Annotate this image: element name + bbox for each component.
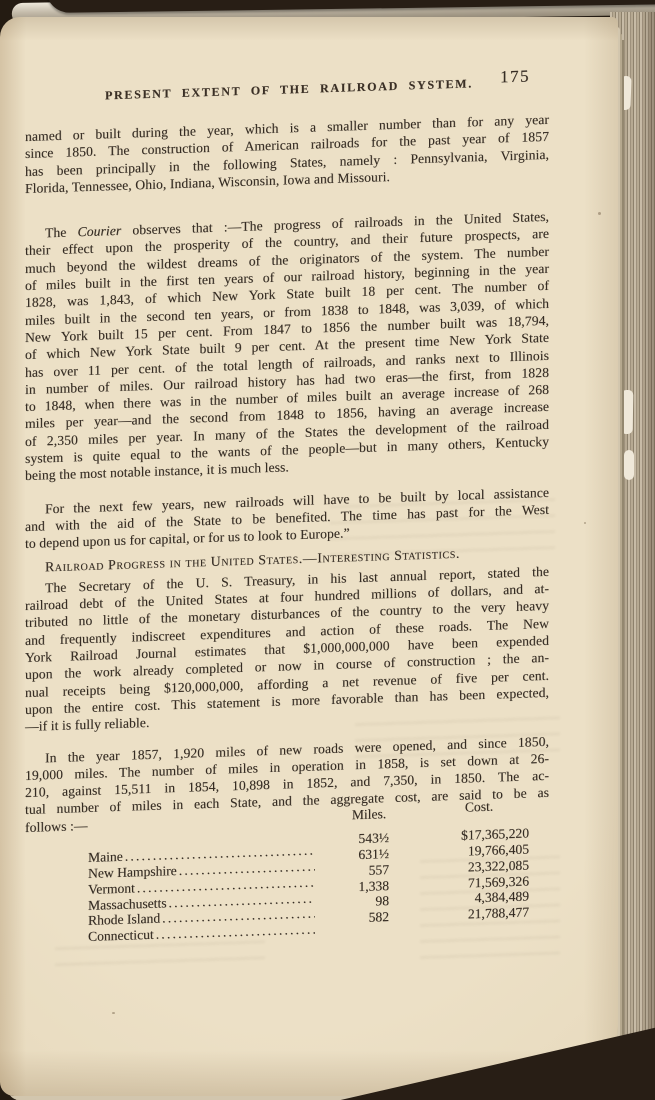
paper-speck: [598, 212, 601, 215]
body-text: named or built during the year, which is…: [25, 111, 549, 836]
table-body: Maine...................................…: [25, 835, 549, 947]
fore-edge-chip: [624, 450, 634, 480]
miles-value: 582: [317, 909, 389, 927]
miles-column-header: Miles.: [329, 804, 409, 824]
state-name: Vermont: [88, 880, 135, 897]
cost-value: 21,788,477: [389, 905, 529, 925]
para-secretary: The Secretary of the U. S. Treasury, in …: [25, 563, 549, 736]
page-content: PRESENT EXTENT OF THE RAILROAD SYSTEM. 1…: [25, 71, 549, 947]
fore-edge-chip: [621, 390, 634, 434]
para-courier: The Courier observes that :—The progress…: [25, 208, 549, 485]
para-next-few-years: For the next few years, new railroads wi…: [25, 483, 549, 552]
page-number: 175: [500, 66, 530, 87]
fore-edge-chip: [619, 76, 631, 110]
state-railroad-table: Miles. Cost. Maine......................…: [25, 802, 549, 947]
paper-speck: [584, 522, 586, 524]
state-name: Maine: [88, 849, 123, 866]
paper-speck: [112, 1012, 115, 1014]
scanned-book-page: PRESENT EXTENT OF THE RAILROAD SYSTEM. 1…: [0, 0, 655, 1100]
state-name: Connecticut: [88, 927, 154, 945]
para-continuation: named or built during the year, which is…: [25, 111, 549, 197]
cost-column-header: Cost.: [409, 796, 549, 818]
